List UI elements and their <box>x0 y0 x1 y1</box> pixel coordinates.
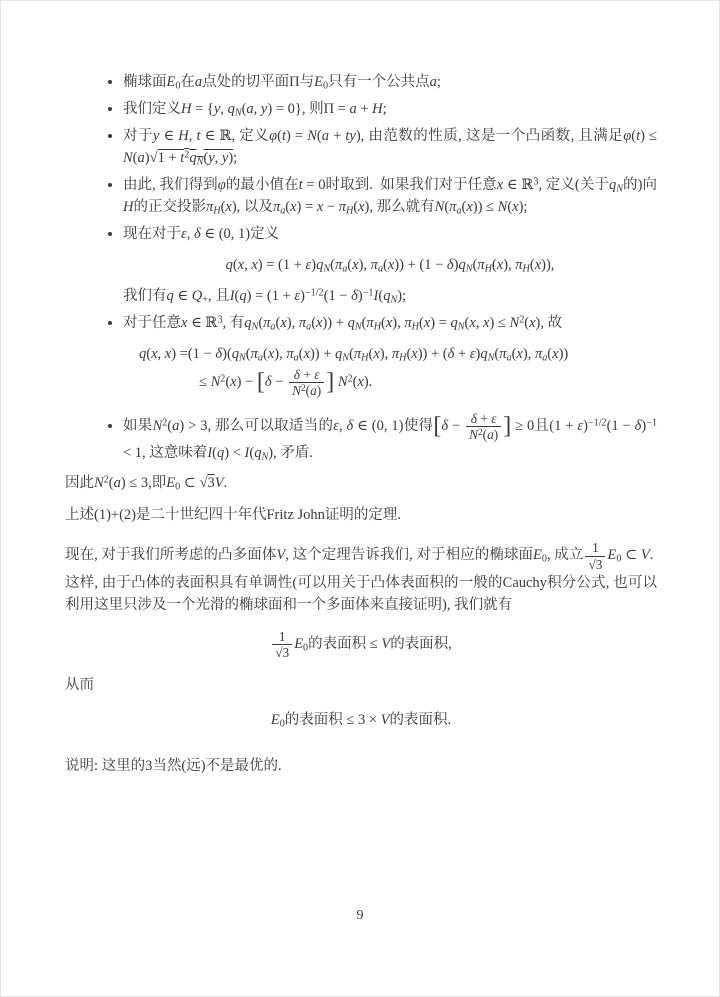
bullet-text: 椭球面E0在a点处的切平面Π与E0只有一个公共点a; <box>123 74 441 90</box>
display-equation-surface-area-2: E0的表面积 ≤ 3 × V的表面积. <box>65 709 657 731</box>
document-page: 椭球面E0在a点处的切平面Π与E0只有一个公共点a; 我们定义H = {y, q… <box>0 0 720 997</box>
bullet-item-define-h: 我们定义H = {y, qN(a, y) = 0}, 则Π = a + H; <box>123 98 657 120</box>
bullet-text: 对于任意x ∈ ℝ3, 有qN(πa(x), πa(x)) + qN(πH(x)… <box>123 312 657 334</box>
bullet-item-contradiction: 如果N2(a) > 3, 那么可以取适当的ε, δ ∈ (0, 1)使得[δ −… <box>123 411 657 465</box>
bullet-item-define-q: 现在对于ε, δ ∈ (0, 1)定义 q(x, x) = (1 + ε)qN(… <box>123 223 657 307</box>
bullet-item-inequality: 对于任意x ∈ ℝ3, 有qN(πa(x), πa(x)) + qN(πH(x)… <box>123 312 657 399</box>
display-equation-surface-area-1: 1√3E0的表面积 ≤ V的表面积, <box>65 629 657 661</box>
paragraph-fritz-john: 上述(1)+(2)是二十世纪四十年代Fritz John证明的定理. <box>65 504 657 526</box>
bullet-text: 由此, 我们得到φ的最小值在t = 0时取到. 如果我们对于任意x ∈ ℝ3, … <box>123 177 657 215</box>
paragraph-congwen: 从而 <box>65 674 657 696</box>
bullet-text: 我们定义H = {y, qN(a, y) = 0}, 则Π = a + H; <box>123 101 387 117</box>
bullet-text: 对于y ∈ H, t ∈ ℝ, 定义φ(t) = N(a + ty), 由范数的… <box>123 128 657 166</box>
bullet-text: 我们有q ∈ Q+, 且I(q) = (1 + ε)−1/2(1 − δ)−1I… <box>123 285 657 307</box>
bullet-item-tangent-plane: 椭球面E0在a点处的切平面Π与E0只有一个公共点a; <box>123 71 657 93</box>
paragraph-now: 现在, 对于我们所考虑的凸多面体V, 这个定理告诉我们, 对于相应的椭球面E0,… <box>65 540 657 616</box>
paragraph-conclusion: 因此N2(a) ≤ 3,即E0 ⊂ √3V. <box>65 472 657 494</box>
page-number: 9 <box>1 908 719 924</box>
bullet-item-convex-function: 对于y ∈ H, t ∈ ℝ, 定义φ(t) = N(a + ty), 由范数的… <box>123 125 657 169</box>
equation-line-1: q(x, x) =(1 − δ)(qN(πa(x), πa(x)) + qN(π… <box>123 343 657 365</box>
paragraph-remark: 说明: 这里的3当然(远)不是最优的. <box>65 755 657 777</box>
bullet-item-projection: 由此, 我们得到φ的最小值在t = 0时取到. 如果我们对于任意x ∈ ℝ3, … <box>123 174 657 218</box>
equation-line-2: ≤ N2(x) − [δ − δ + εN2(a)] N2(x). <box>123 365 657 399</box>
display-equation-aligned: q(x, x) =(1 − δ)(qN(πa(x), πa(x)) + qN(π… <box>123 343 657 399</box>
bullet-text: 现在对于ε, δ ∈ (0, 1)定义 <box>123 223 657 245</box>
display-equation-q-definition: q(x, x) = (1 + ε)qN(πa(x), πa(x)) + (1 −… <box>123 254 657 276</box>
bullet-text: 如果N2(a) > 3, 那么可以取适当的ε, δ ∈ (0, 1)使得[δ −… <box>123 418 657 462</box>
bullet-list: 椭球面E0在a点处的切平面Π与E0只有一个公共点a; 我们定义H = {y, q… <box>65 71 657 464</box>
